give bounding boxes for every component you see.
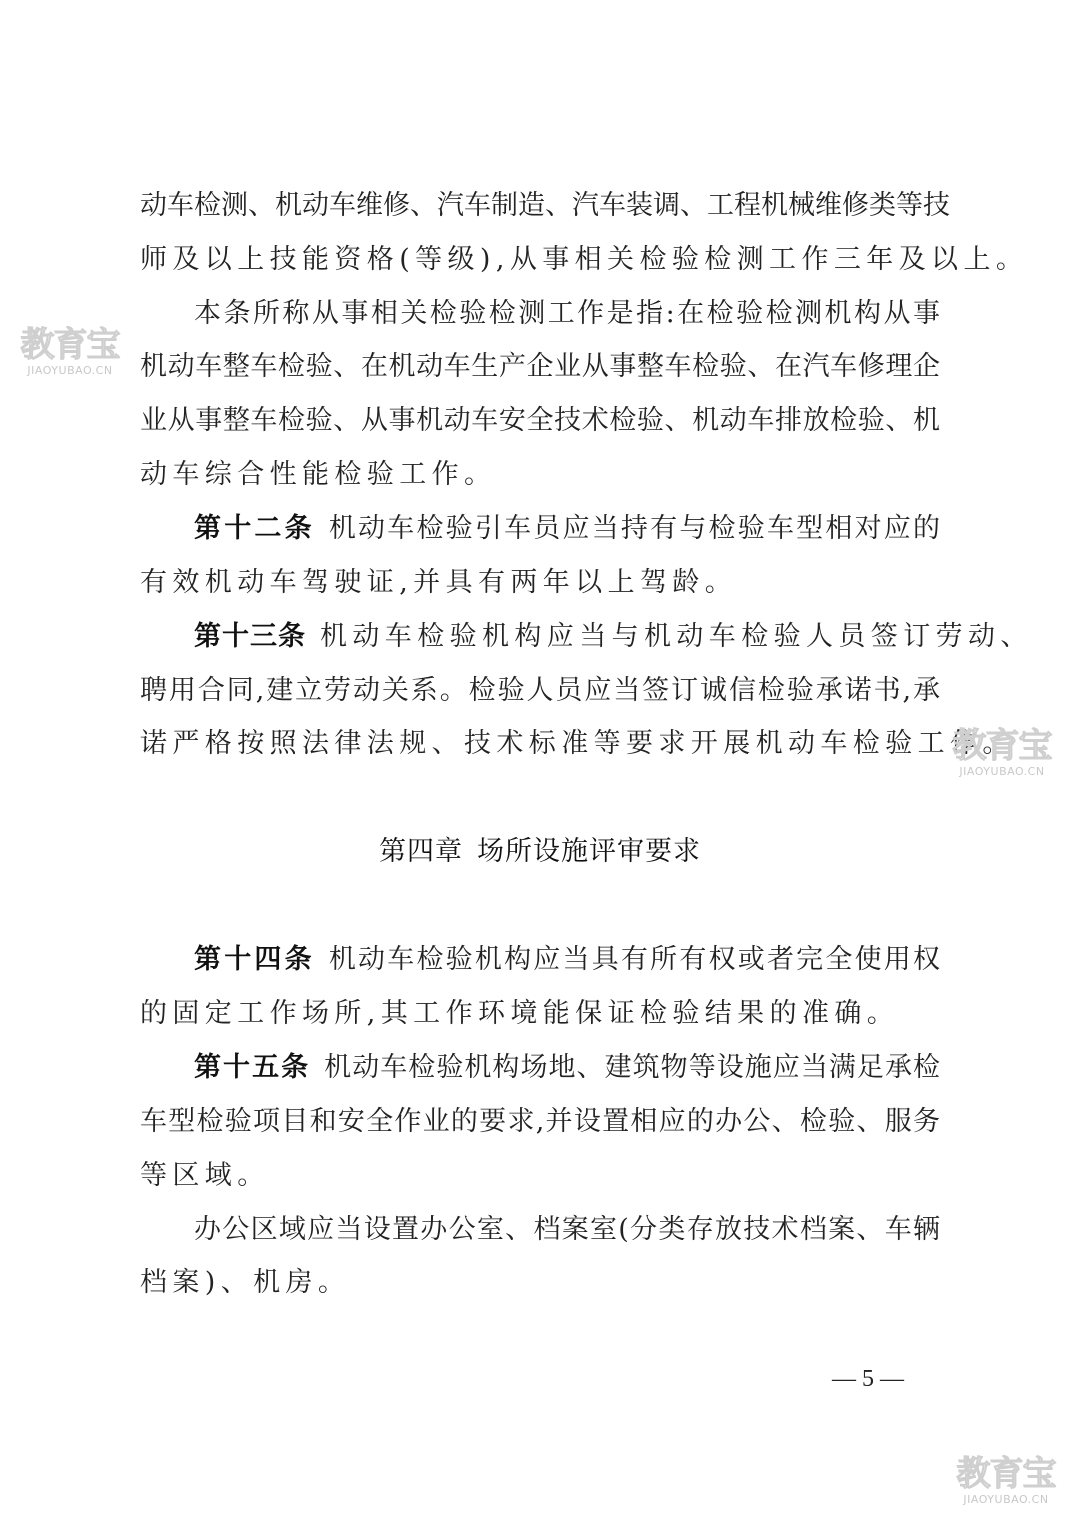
watermark-logo: 教育宝 JIAOYUBAO.CN: [944, 1455, 1068, 1515]
article-15-line-1: 第十五条机动车检验机构场地、建筑物等设施应当满足承检: [194, 1048, 940, 1088]
article-number: 第十二条: [194, 513, 315, 544]
article-number: 第十三条: [194, 621, 306, 652]
chapter-heading: 第四章场所设施评审要求: [0, 832, 1080, 872]
paragraph-line: 机动车整车检验、在机动车生产企业从事整车检验、在汽车修理企: [140, 347, 940, 387]
office-paragraph-line-2: 档案)、机房。: [140, 1263, 940, 1303]
article-number: 第十四条: [194, 944, 315, 975]
article-14-line-2: 的固定工作场所,其工作环境能保证检验结果的准确。: [140, 994, 940, 1034]
article-13-line-1: 第十三条机动车检验机构应当与机动车检验人员签订劳动、: [194, 617, 940, 657]
article-15-line-3: 等区域。: [140, 1156, 940, 1196]
article-number: 第十五条: [194, 1052, 310, 1083]
paragraph-line: 动车检测、机动车维修、汽车制造、汽车装调、工程机械维修类等技: [140, 186, 940, 226]
paragraph-line: 师及以上技能资格(等级),从事相关检验检测工作三年及以上。: [140, 240, 940, 280]
article-13-line-2: 聘用合同,建立劳动关系。检验人员应当签订诚信检验承诺书,承: [140, 671, 940, 711]
article-text: 机动车检验机构应当具有所有权或者完全使用权: [329, 944, 940, 975]
article-13-line-3: 诺严格按照法律法规、技术标准等要求开展机动车检验工作。: [140, 724, 940, 764]
article-15-line-2: 车型检验项目和安全作业的要求,并设置相应的办公、检验、服务: [140, 1102, 940, 1142]
article-12-line-1: 第十二条机动车检验引车员应当持有与检验车型相对应的: [194, 509, 940, 549]
paragraph-line: 动车综合性能检验工作。: [140, 455, 940, 495]
article-text: 机动车检验引车员应当持有与检验车型相对应的: [329, 513, 940, 544]
article-14-line-1: 第十四条机动车检验机构应当具有所有权或者完全使用权: [194, 940, 940, 980]
chapter-number: 第四章: [379, 836, 463, 867]
chapter-title: 场所设施评审要求: [477, 836, 701, 867]
watermark-brand-cn: 教育宝: [944, 1455, 1068, 1493]
document-page: 动车检测、机动车维修、汽车制造、汽车装调、工程机械维修类等技 师及以上技能资格(…: [0, 0, 1080, 1527]
article-text: 机动车检验机构应当与机动车检验人员签订劳动、: [320, 621, 1033, 652]
watermark-logo: 教育宝 JIAOYUBAO.CN: [8, 326, 132, 386]
office-paragraph-line-1: 办公区域应当设置办公室、档案室(分类存放技术档案、车辆: [194, 1210, 940, 1250]
watermark-brand-cn: 教育宝: [8, 326, 132, 364]
article-text: 机动车检验机构场地、建筑物等设施应当满足承检: [324, 1052, 940, 1083]
paragraph-line: 业从事整车检验、从事机动车安全技术检验、机动车排放检验、机: [140, 401, 940, 441]
paragraph-line: 本条所称从事相关检验检测工作是指:在检验检测机构从事: [194, 294, 940, 334]
article-12-line-2: 有效机动车驾驶证,并具有两年以上驾龄。: [140, 563, 940, 603]
watermark-brand-en: JIAOYUBAO.CN: [944, 1493, 1068, 1507]
watermark-brand-en: JIAOYUBAO.CN: [8, 364, 132, 378]
page-number: — 5 —: [832, 1364, 904, 1394]
watermark-brand-en: JIAOYUBAO.CN: [940, 765, 1064, 779]
